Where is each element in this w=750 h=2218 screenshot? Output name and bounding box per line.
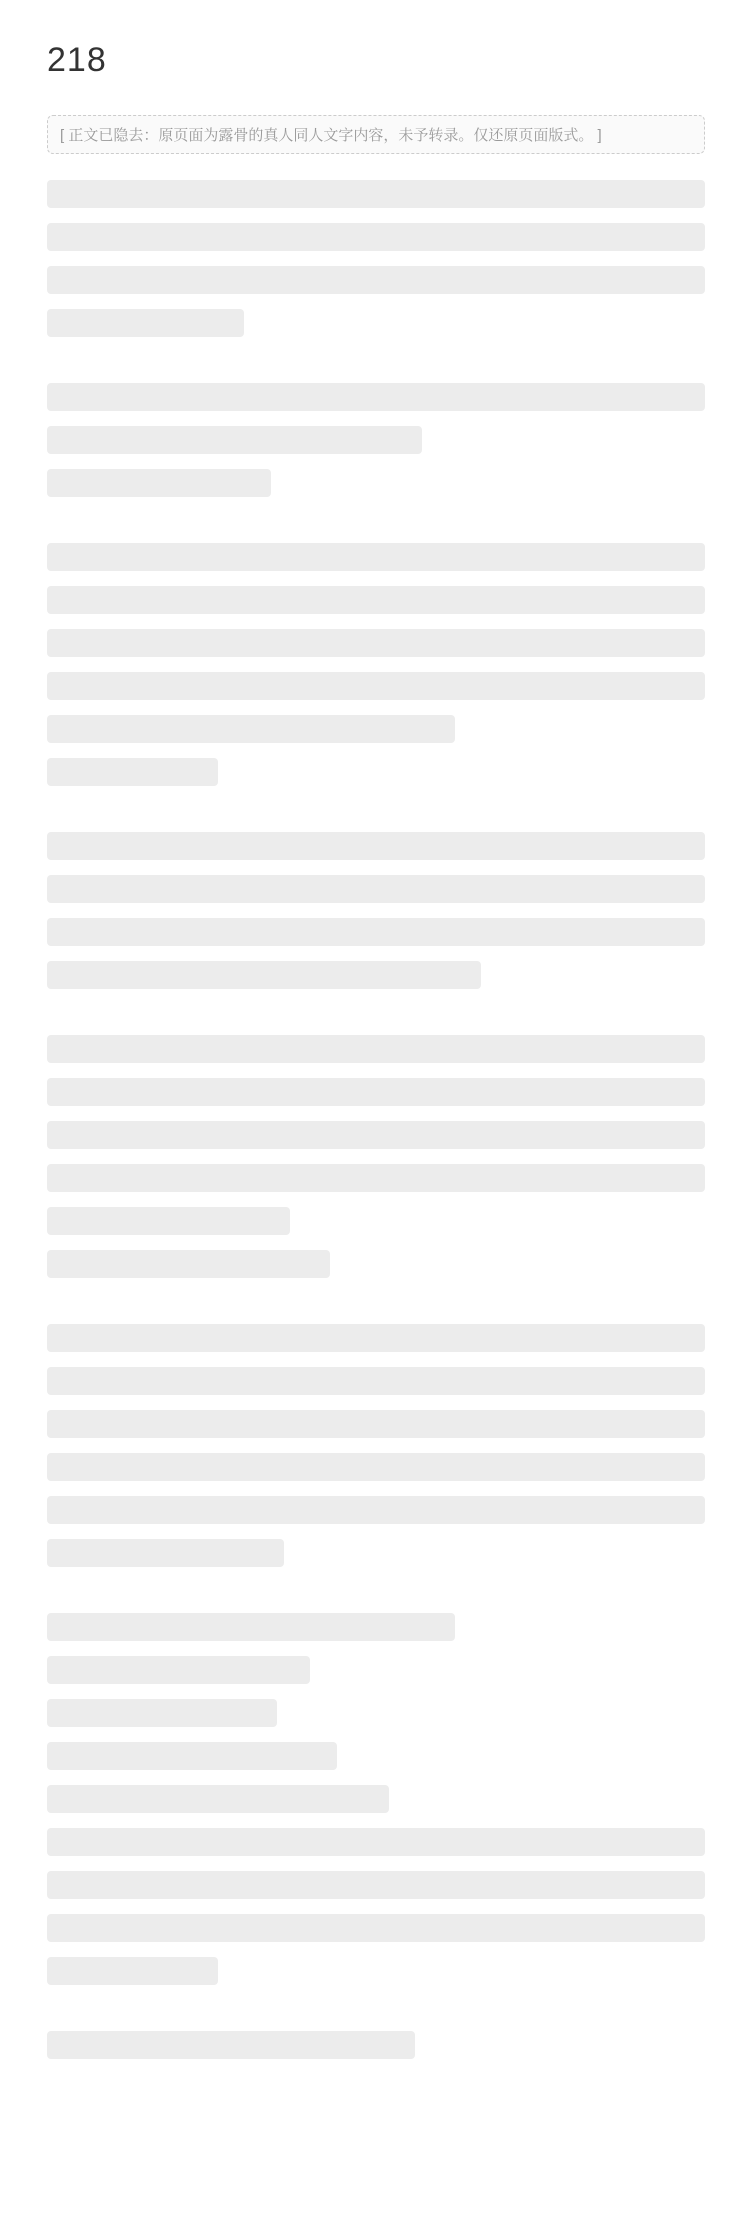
redaction-notice: [ 正文已隐去：原页面为露骨的真人同人文字内容，未予转录。仅还原页面版式。 ] (47, 115, 705, 154)
redacted-text-line (47, 383, 705, 411)
reader-page: 218 [ 正文已隐去：原页面为露骨的真人同人文字内容，未予转录。仅还原页面版式… (0, 0, 750, 2218)
paragraph-group (47, 2031, 705, 2059)
body-text-area (47, 180, 705, 2059)
redacted-text-line (47, 1656, 310, 1684)
redacted-text-line (47, 1324, 705, 1352)
paragraph-group (47, 383, 705, 497)
redacted-text-line (47, 586, 705, 614)
redacted-text-line (47, 1957, 218, 1985)
redacted-text-line (47, 543, 705, 571)
redacted-text-line (47, 1785, 389, 1813)
page-number: 218 (47, 40, 705, 81)
paragraph-group (47, 543, 705, 786)
redacted-text-line (47, 180, 705, 208)
redacted-text-line (47, 1078, 705, 1106)
redacted-text-line (47, 1496, 705, 1524)
redacted-text-line (47, 2031, 415, 2059)
redacted-text-line (47, 1121, 705, 1149)
paragraph-group (47, 1035, 705, 1278)
paragraph-group (47, 1613, 705, 1985)
redacted-text-line (47, 1742, 337, 1770)
paragraph-group (47, 180, 705, 337)
redacted-text-line (47, 629, 705, 657)
redacted-text-line (47, 426, 422, 454)
redacted-text-line (47, 918, 705, 946)
redacted-text-line (47, 1871, 705, 1899)
redacted-text-line (47, 223, 705, 251)
redacted-text-line (47, 1539, 284, 1567)
redacted-text-line (47, 832, 705, 860)
redacted-text-line (47, 961, 481, 989)
redacted-text-line (47, 1914, 705, 1942)
redacted-text-line (47, 266, 705, 294)
redacted-text-line (47, 1367, 705, 1395)
redacted-text-line (47, 309, 244, 337)
redacted-text-line (47, 1828, 705, 1856)
redacted-text-line (47, 672, 705, 700)
redacted-text-line (47, 1613, 455, 1641)
redacted-text-line (47, 1410, 705, 1438)
paragraph-group (47, 1324, 705, 1567)
redacted-text-line (47, 1699, 277, 1727)
redacted-text-line (47, 715, 455, 743)
redacted-text-line (47, 875, 705, 903)
redacted-text-line (47, 1207, 290, 1235)
redacted-text-line (47, 1035, 705, 1063)
redacted-text-line (47, 1164, 705, 1192)
redacted-text-line (47, 758, 218, 786)
redacted-text-line (47, 469, 271, 497)
redacted-text-line (47, 1453, 705, 1481)
redacted-text-line (47, 1250, 330, 1278)
paragraph-group (47, 832, 705, 989)
